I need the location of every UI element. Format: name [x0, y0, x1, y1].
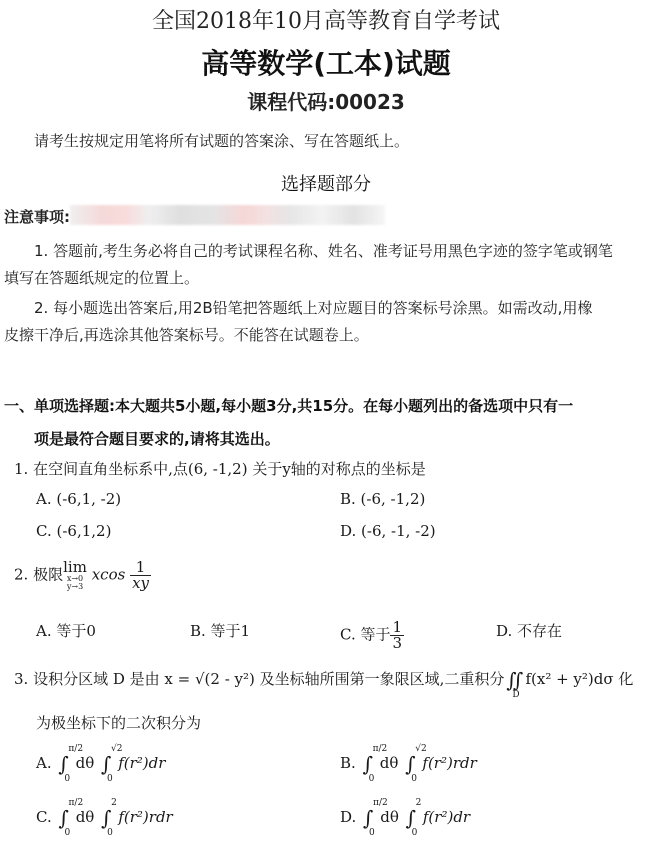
general-instruction: 请考生按规定用笔将所有试题的答案涂、写在答题纸上。	[34, 130, 409, 151]
exam-title: 全国2018年10月高等教育自学考试	[0, 4, 652, 35]
q3-option-d: D. ∫π/20 dθ ∫20 f(r²)dr	[340, 806, 470, 830]
note-1-line-1: 1. 答题前,考生务必将自己的考试课程名称、姓名、准考证号用黑色字迹的签字笔或钢…	[34, 240, 613, 261]
q2-expr: xcos	[92, 566, 126, 584]
q3-option-a: A. ∫π/20 dθ ∫√20 f(r²)dr	[36, 752, 165, 776]
q2-option-a: A. 等于0	[36, 620, 96, 641]
question-3-stem: 3. 设积分区域 D 是由 x = √(2 - y²) 及坐标轴所围第一象限区域…	[14, 668, 633, 692]
note-2-line-2: 皮擦干净后,再选涂其他答案标号。不能答在试题卷上。	[4, 324, 369, 345]
q1-option-c: C. (-6,1,2)	[36, 522, 111, 540]
integral-icon: ∫π/20	[363, 806, 373, 830]
integral-icon: ∫20	[406, 806, 416, 830]
q2-option-c: C. 等于13	[340, 620, 404, 651]
integral-icon: ∫π/20	[59, 806, 69, 830]
double-integral-symbol: ∬D	[506, 668, 523, 692]
integral-icon: ∫√20	[101, 752, 111, 776]
limit-operator: limx→0y→3	[63, 560, 87, 591]
subject-title: 高等数学(工本)试题	[0, 42, 652, 82]
integral-icon: ∫π/20	[363, 752, 373, 776]
q1-option-d: D. (-6, -1, -2)	[340, 522, 436, 540]
notes-label: 注意事项:	[4, 206, 70, 227]
note-1-line-2: 填写在答题纸规定的位置上。	[4, 267, 199, 288]
integral-icon: ∫20	[101, 806, 111, 830]
question-3-stem-cont: 为极坐标下的二次积分为	[36, 712, 201, 733]
q2c-fraction: 13	[390, 620, 404, 651]
note-2-line-1: 2. 每小题选出答案后,用2B铅笔把答题纸上对应题目的答案标号涂黑。如需改动,用…	[34, 297, 592, 318]
q3-option-b: B. ∫π/20 dθ ∫√20 f(r²)rdr	[340, 752, 477, 776]
q3-option-c: C. ∫π/20 dθ ∫20 f(r²)rdr	[36, 806, 173, 830]
integral-icon: ∫π/20	[58, 752, 68, 776]
section-title: 选择题部分	[0, 170, 652, 196]
q2-prefix: 2. 极限	[14, 566, 63, 584]
course-code: 课程代码:00023	[0, 86, 652, 115]
integral-icon: ∫√20	[405, 752, 415, 776]
redacted-region	[70, 205, 385, 225]
q2-option-b: B. 等于1	[190, 620, 250, 641]
question-2-stem: 2. 极限limx→0y→3 xcos 1xy	[14, 560, 151, 591]
part1-heading: 一、单项选择题:本大题共5小题,每小题3分,共15分。在每小题列出的备选项中只有…	[4, 395, 573, 416]
q1-option-a: A. (-6,1, -2)	[36, 490, 121, 508]
q2-fraction: 1xy	[130, 560, 151, 591]
q2-option-d: D. 不存在	[496, 620, 562, 641]
q1-option-b: B. (-6, -1,2)	[340, 490, 425, 508]
question-1-stem: 1. 在空间直角坐标系中,点(6, -1,2) 关于y轴的对称点的坐标是	[14, 458, 426, 479]
part1-heading-cont: 项是最符合题目要求的,请将其选出。	[34, 428, 280, 449]
